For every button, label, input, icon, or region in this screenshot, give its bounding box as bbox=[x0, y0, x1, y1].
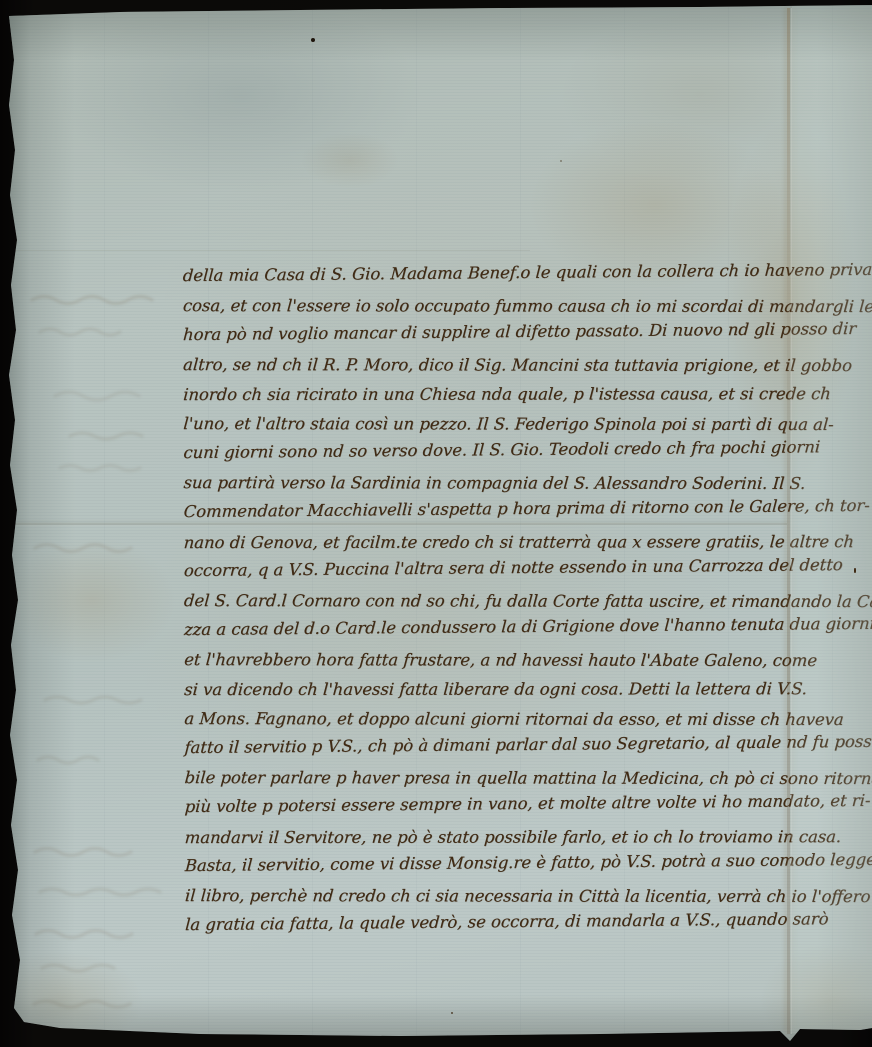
letter-line: la gratia cia fatta, la quale vedrò, se … bbox=[184, 904, 800, 939]
ink-speck bbox=[560, 160, 562, 162]
letter-line: fatto il servitio p V.S., ch pò à dimani… bbox=[184, 727, 800, 762]
ink-speck bbox=[854, 568, 856, 573]
folded-margin-strip bbox=[792, 6, 872, 1033]
letter-line: cuni giorni sono nd so verso dove. Il S.… bbox=[183, 432, 799, 467]
letter-line: inordo ch sia ricirato in una Chiesa nda… bbox=[182, 379, 798, 409]
photograph-background: della mia Casa di S. Gio. Madama Benef.o… bbox=[0, 0, 872, 1047]
letter-line: si va dicendo ch l'havessi fatta liberar… bbox=[183, 674, 799, 704]
letter-line: zza a casa del d.o Card.le condussero la… bbox=[183, 609, 799, 644]
vertical-fold-crease bbox=[787, 8, 790, 1034]
ink-speck bbox=[451, 1012, 453, 1014]
letter-line: occorra, q a V.S. Puccina l'altra sera d… bbox=[183, 550, 799, 585]
ink-speck bbox=[311, 38, 315, 42]
letter-line: Commendator Macchiavelli s'aspetta p hor… bbox=[183, 491, 799, 526]
letter-line: hora pò nd voglio mancar di supplire al … bbox=[182, 314, 798, 349]
faint-fold-crease bbox=[10, 250, 530, 251]
letter-line: Basta, il servitio, come vi disse Monsig… bbox=[184, 845, 800, 880]
letter-line: et l'havrebbero hora fatta frustare, a n… bbox=[183, 645, 799, 675]
letter-text: della mia Casa di S. Gio. Madama Benef.o… bbox=[183, 259, 799, 940]
horizontal-fold-crease bbox=[12, 523, 787, 525]
letter-line: più volte p potersi essere sempre in van… bbox=[184, 786, 800, 821]
letter-line: della mia Casa di S. Gio. Madama Benef.o… bbox=[182, 255, 798, 290]
manuscript-page: della mia Casa di S. Gio. Madama Benef.o… bbox=[0, 0, 872, 1047]
letter-line: altro, se nd ch il R. P. Moro, dico il S… bbox=[182, 350, 798, 380]
